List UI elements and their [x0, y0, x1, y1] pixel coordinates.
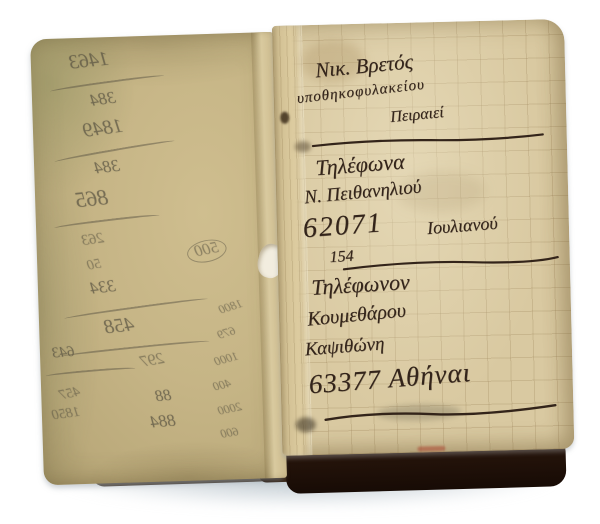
- handwriting-line: Πειραιεί: [390, 104, 445, 127]
- pencil-number: 1800: [217, 296, 244, 318]
- handwriting-line: Καψιθώνη: [304, 333, 385, 361]
- handwriting-line: Τηλέφωνα: [315, 149, 406, 182]
- right-page: Νικ. Βρετός υποθηκοφυλακείου Πειραιεί Τη…: [272, 19, 574, 456]
- pencil-number: 1849: [82, 115, 125, 143]
- red-edge-mark: [417, 446, 445, 452]
- pencil-underline: [46, 366, 136, 379]
- handwriting-line: Τηλέφωνον: [311, 269, 411, 301]
- pencil-number: 50: [86, 257, 103, 275]
- handwriting-phone-number: 63377 Αθήναι: [308, 357, 472, 400]
- pencil-number: 1850: [51, 405, 81, 425]
- pencil-number: 679: [216, 323, 238, 343]
- pencil-number: 384: [89, 88, 117, 111]
- pencil-number: 400: [212, 376, 233, 395]
- pencil-underline: [64, 297, 208, 322]
- pencil-number: 600: [219, 424, 239, 442]
- handwriting-phone-number: 62071: [302, 207, 384, 245]
- pencil-number: 865: [74, 184, 109, 213]
- pencil-number: 297: [139, 350, 166, 372]
- pencil-number: 263: [80, 230, 105, 250]
- pencil-number: 88: [155, 387, 173, 407]
- handwritten-rule: [323, 401, 557, 423]
- photo-old-open-notebook: 1463 384 1849 384 865 263 50 500 334 458…: [0, 0, 600, 524]
- handwriting-line: Κουμεθάρου: [306, 299, 407, 331]
- pencil-number-circled: 500: [185, 236, 229, 266]
- pencil-number: 2000: [217, 399, 244, 419]
- pencil-number: 457: [58, 384, 82, 404]
- left-page: 1463 384 1849 384 865 263 50 500 334 458…: [30, 32, 284, 485]
- handwritten-rule: [342, 253, 560, 272]
- pencil-number: 458: [103, 313, 136, 339]
- pencil-number: 384: [93, 156, 121, 179]
- pencil-number: 1463: [68, 48, 110, 75]
- handwriting-line: Ν. Πειθανηλιού: [303, 176, 422, 209]
- handwriting-line: Νικ. Βρετός: [314, 49, 414, 83]
- pencil-number: 884: [149, 411, 176, 433]
- pencil-underline: [60, 339, 210, 359]
- pencil-number: 334: [89, 276, 117, 299]
- handwritten-rule: [311, 131, 545, 149]
- pencil-number: 1000: [213, 349, 240, 370]
- handwriting-line: Ιουλιανού: [426, 213, 498, 239]
- pencil-underline: [54, 213, 160, 231]
- pencil-number: 643: [51, 344, 75, 363]
